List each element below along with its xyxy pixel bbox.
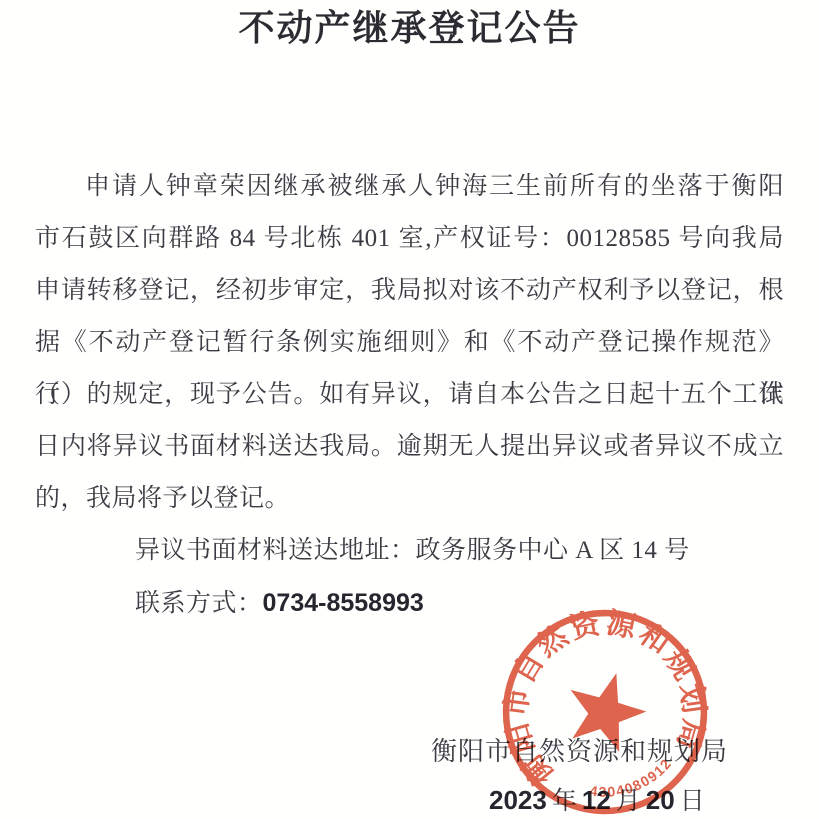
- body-paragraph: 申请人钟章荣因继承被继承人钟海三生前所有的坐落于衡阳 市石鼓区向群路 84 号北…: [35, 161, 784, 629]
- official-seal-icon: 衡阳市自然资源和规划局 4304080912: [495, 602, 714, 819]
- body-line: 日内将异议书面材料送达我局。逾期无人提出异议或者异议不成立: [35, 421, 784, 473]
- body-line: 申请人钟章荣因继承被继承人钟海三生前所有的坐落于衡阳: [35, 161, 784, 213]
- document-page: 不动产继承登记公告 申请人钟章荣因继承被继承人钟海三生前所有的坐落于衡阳 市石鼓…: [0, 0, 819, 819]
- body-line: 市石鼓区向群路 84 号北栋 401 室,产权证号：00128585 号向我局: [35, 213, 784, 265]
- body-line: 申请转移登记，经初步审定，我局拟对该不动产权利予以登记，根: [35, 265, 784, 317]
- seal-star-icon: [569, 672, 648, 753]
- contact-phone: 0734-8558993: [263, 589, 424, 617]
- contact-label: 联系方式：: [135, 590, 263, 617]
- body-line: 的，我局将予以登记。: [35, 473, 784, 525]
- address-line: 异议书面材料送达地址：政务服务中心 A 区 14 号: [35, 525, 784, 577]
- body-line: 据《不动产登记暂行条例实施细则》和《不动产登记操作规范》（试: [35, 317, 784, 369]
- document-title: 不动产继承登记公告: [0, 7, 819, 49]
- body-line: 行）的规定，现予公告。如有异议，请自本公告之日起十五个工作: [35, 369, 784, 421]
